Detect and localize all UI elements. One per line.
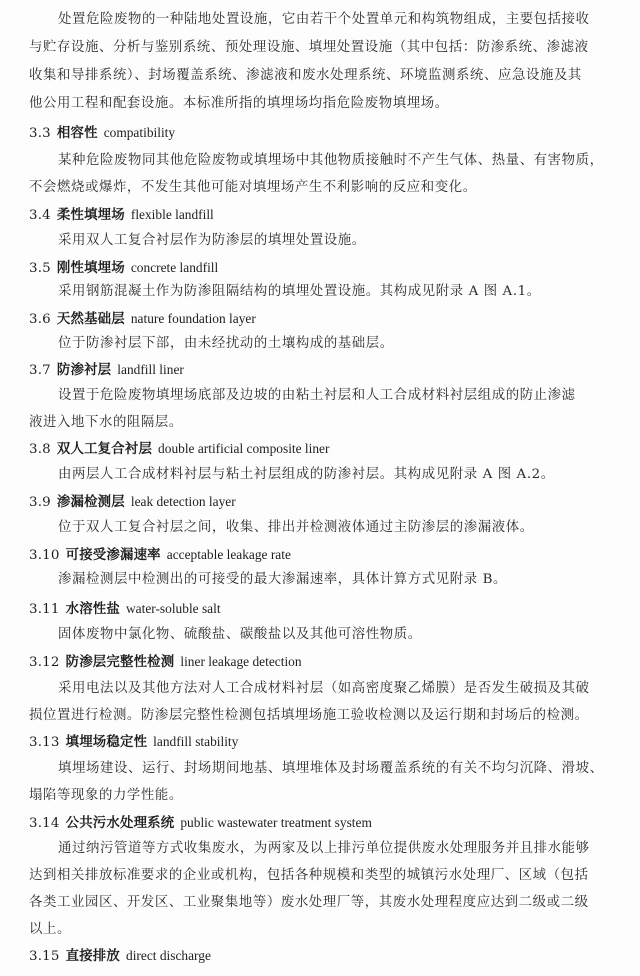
- term-en: public wastewater treatment system: [180, 815, 372, 830]
- term-number: 3.9: [29, 495, 51, 510]
- term-zh: 防渗衬层: [57, 362, 111, 378]
- term-zh: 渗漏检测层: [57, 494, 125, 510]
- term-definition-line: 采用钢筋混凝土作为防渗阻隔结构的填埋处置设施。其构成见附录 A 图 A.1。: [58, 283, 619, 301]
- intro-line: 收集和导排系统）、封场覆盖系统、渗滤液和废水处理系统、环境监测系统、应急设施及其: [29, 67, 619, 85]
- term-definition-line: 采用电法以及其他方法对人工合成材料衬层（如高密度聚乙烯膜）是否发生破损及其破: [58, 680, 619, 698]
- term-heading-3-7: 3.7防渗衬层landfill liner: [29, 361, 619, 380]
- term-heading-3-3: 3.3相容性compatibility: [29, 124, 619, 143]
- term-definition-line: 通过纳污管道等方式收集废水，为两家及以上排污单位提供废水处理服务并且排水能够: [58, 840, 619, 858]
- term-en: compatibility: [104, 125, 175, 140]
- term-definition-line: 填埋场建设、运行、封场期间地基、填埋堆体及封场覆盖系统的有关不均匀沉降、滑坡、: [58, 760, 619, 778]
- term-heading-3-13: 3.13填埋场稳定性landfill stability: [29, 733, 619, 752]
- term-en: landfill stability: [153, 734, 238, 749]
- term-heading-3-9: 3.9渗漏检测层leak detection layer: [29, 493, 619, 512]
- term-heading-3-8: 3.8双人工复合衬层double artificial composite li…: [29, 440, 619, 459]
- term-heading-3-11: 3.11水溶性盐water-soluble salt: [29, 600, 619, 619]
- term-zh: 天然基础层: [57, 311, 125, 327]
- term-zh: 水溶性盐: [66, 601, 120, 617]
- intro-line: 处置危险废物的一种陆地处置设施，它由若干个处置单元和构筑物组成，主要包括接收: [58, 11, 619, 29]
- term-definition-line: 位于双人工复合衬层之间，收集、排出并检测液体通过主防渗层的渗漏液体。: [58, 519, 619, 537]
- term-zh: 公共污水处理系统: [66, 815, 175, 831]
- term-definition-line: 某种危险废物同其他危险废物或填埋场中其他物质接触时不产生气体、热量、有害物质，: [58, 152, 619, 170]
- term-zh: 双人工复合衬层: [57, 441, 152, 457]
- term-heading-3-4: 3.4柔性填埋场flexible landfill: [29, 206, 619, 225]
- term-definition-line: 固体废物中氯化物、硫酸盐、碳酸盐以及其他可溶性物质。: [58, 626, 619, 644]
- term-number: 3.4: [29, 208, 51, 223]
- term-number: 3.13: [29, 735, 60, 750]
- term-en: concrete landfill: [131, 260, 218, 275]
- term-heading-3-10: 3.10可接受渗漏速率acceptable leakage rate: [29, 546, 619, 565]
- term-zh: 直接排放: [66, 948, 120, 964]
- term-definition-line: 采用双人工复合衬层作为防渗层的填埋处置设施。: [58, 232, 619, 250]
- term-definition-line: 以上。: [29, 921, 619, 939]
- term-en: direct discharge: [126, 948, 211, 963]
- term-en: water-soluble salt: [126, 601, 221, 616]
- term-number: 3.5: [29, 261, 51, 276]
- term-number: 3.15: [29, 949, 60, 964]
- term-zh: 可接受渗漏速率: [66, 547, 161, 563]
- term-number: 3.3: [29, 126, 51, 141]
- term-number: 3.11: [29, 602, 60, 617]
- term-number: 3.14: [29, 816, 60, 831]
- term-number: 3.10: [29, 548, 60, 563]
- term-definition-line: 达到相关排放标准要求的企业或机构，包括各种规模和类型的城镇污水处理厂、区域（包括: [29, 867, 619, 885]
- term-en: flexible landfill: [131, 207, 214, 222]
- term-en: liner leakage detection: [180, 654, 301, 669]
- term-definition-line: 塌陷等现象的力学性能。: [29, 787, 619, 805]
- term-zh: 填埋场稳定性: [66, 734, 148, 750]
- term-definition-line: 不会燃烧或爆炸，不发生其他可能对填埋场产生不利影响的反应和变化。: [29, 179, 619, 197]
- term-en: acceptable leakage rate: [167, 547, 291, 562]
- term-number: 3.12: [29, 655, 60, 670]
- intro-line: 他公用工程和配套设施。本标准所指的填埋场均指危险废物填埋场。: [29, 95, 619, 113]
- term-zh: 刚性填埋场: [57, 260, 125, 276]
- term-en: leak detection layer: [131, 494, 236, 509]
- term-heading-3-15: 3.15直接排放direct discharge: [29, 947, 619, 966]
- term-definition-line: 设置于危险废物填埋场底部及边坡的由粘土衬层和人工合成材料衬层组成的防止渗滤: [58, 387, 619, 405]
- intro-line: 与贮存设施、分析与鉴别系统、预处理设施、填埋处置设施（其中包括：防渗系统、渗滤液: [29, 39, 619, 57]
- term-heading-3-12: 3.12防渗层完整性检测liner leakage detection: [29, 653, 619, 672]
- term-number: 3.7: [29, 363, 51, 378]
- term-en: double artificial composite liner: [158, 441, 329, 456]
- term-heading-3-6: 3.6天然基础层nature foundation layer: [29, 310, 619, 329]
- term-definition-line: 损位置进行检测。防渗层完整性检测包括填埋场施工验收检测以及运行期和封场后的检测。: [29, 707, 619, 725]
- term-en: landfill liner: [117, 362, 184, 377]
- term-definition-line: 由两层人工合成材料衬层与粘土衬层组成的防渗衬层。其构成见附录 A 图 A.2。: [58, 466, 619, 484]
- term-definition-line: 渗漏检测层中检测出的可接受的最大渗漏速率，具体计算方式见附录 B。: [58, 571, 619, 589]
- document-page: 处置危险废物的一种陆地处置设施，它由若干个处置单元和构筑物组成，主要包括接收 与…: [0, 0, 640, 976]
- term-number: 3.8: [29, 442, 51, 457]
- term-zh: 柔性填埋场: [57, 207, 125, 223]
- term-definition-line: 各类工业园区、开发区、工业聚集地等）废水处理厂等，其废水处理程度应达到二级或二级: [29, 894, 619, 912]
- term-definition-line: 液进入地下水的阻隔层。: [29, 414, 619, 432]
- term-zh: 防渗层完整性检测: [66, 654, 175, 670]
- term-heading-3-5: 3.5刚性填埋场concrete landfill: [29, 259, 619, 278]
- term-definition-line: 位于防渗衬层下部，由未经扰动的土壤构成的基础层。: [58, 335, 619, 353]
- term-en: nature foundation layer: [131, 311, 256, 326]
- term-zh: 相容性: [57, 125, 98, 141]
- term-number: 3.6: [29, 312, 51, 327]
- term-heading-3-14: 3.14公共污水处理系统public wastewater treatment …: [29, 814, 619, 833]
